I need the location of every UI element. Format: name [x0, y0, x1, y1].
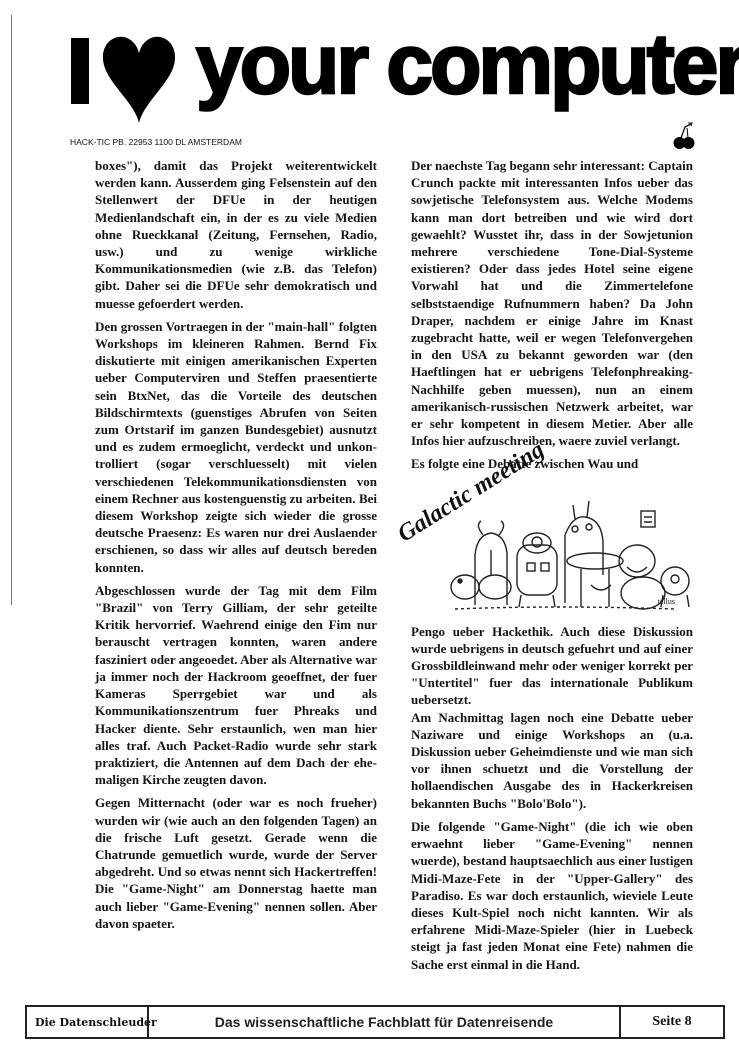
- paragraph: Abgeschlossen wurde der Tag mit dem Film…: [95, 582, 377, 788]
- paragraph: Am Nachmittag lagen noch eine Debatte ue…: [411, 709, 693, 812]
- masthead-letter-i: [71, 38, 89, 104]
- galactic-meeting-illustration: Galactic meeting: [405, 475, 697, 615]
- article-column-right: Der naechste Tag begann sehr interessant…: [411, 157, 693, 979]
- paragraph: Der naechste Tag begann sehr interessant…: [411, 157, 693, 449]
- footer-logo-text: Die Datenschleuder: [35, 1016, 157, 1029]
- paragraph: Es folgte eine Debatte zwischen Wau und: [411, 455, 693, 472]
- article-column-left: boxes"), damit das Projekt weiterentwick…: [95, 157, 377, 938]
- paragraph: Die folgende "Game-Night" (die ich wie o…: [411, 818, 693, 973]
- magazine-page: your computer HACK-TIC PB. 22953 1100 DL…: [0, 0, 739, 1055]
- heart-icon: [100, 35, 178, 123]
- footer-tagline: Das wissenschaftliche Fachblatt für Date…: [149, 1007, 621, 1037]
- footer-logo: Die Datenschleuder: [27, 1007, 149, 1037]
- paragraph: boxes"), damit das Projekt weiterentwick…: [95, 157, 377, 312]
- paragraph: Gegen Mitternacht (oder war es noch frue…: [95, 794, 377, 932]
- masthead-title: your computer: [196, 22, 739, 106]
- cherry-icon: [672, 120, 696, 150]
- margin-rule: [11, 15, 12, 605]
- page-number: Seite 8: [621, 1007, 723, 1037]
- paragraph: Pengo ueber Hackethik. Auch diese Diskus…: [411, 623, 693, 709]
- paragraph: Den grossen Vortraegen in der "main-hall…: [95, 318, 377, 576]
- footer-bar: Die Datenschleuder Das wissenschaftliche…: [25, 1005, 725, 1039]
- alien-crowd-illustration: [405, 475, 697, 615]
- illustration-signature: tellus: [658, 593, 675, 610]
- publisher-address: HACK-TIC PB. 22953 1100 DL AMSTERDAM: [70, 137, 242, 147]
- masthead: your computer: [68, 26, 708, 126]
